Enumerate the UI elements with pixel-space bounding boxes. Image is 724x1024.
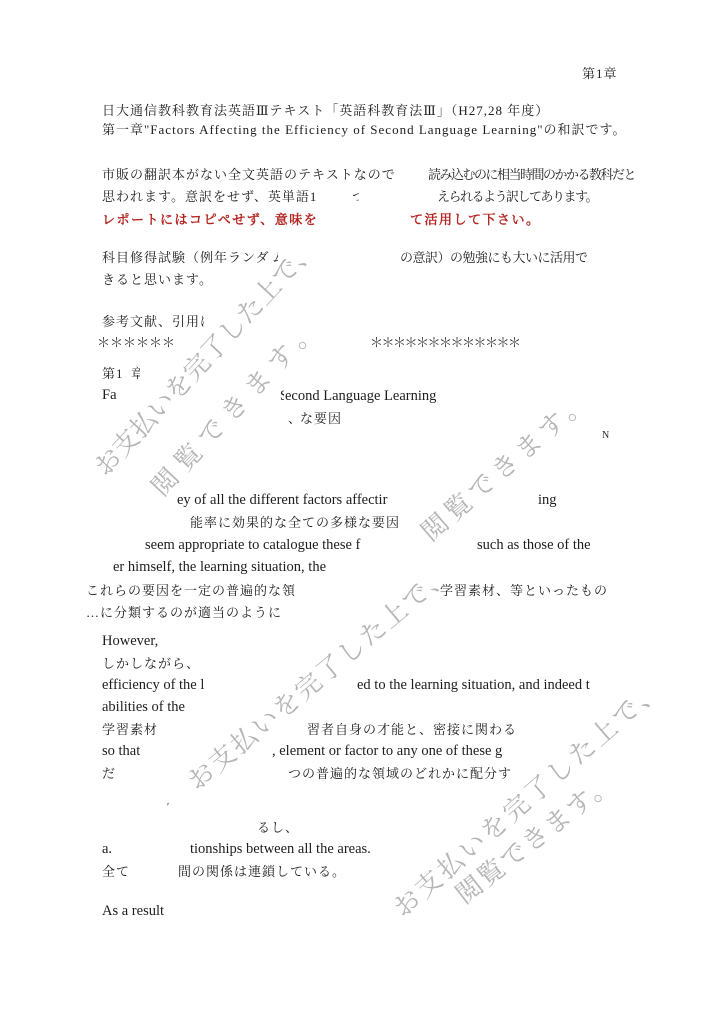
chapter1-heading: 第1 bbox=[102, 366, 124, 382]
body1-line3-right: such as those of the bbox=[477, 538, 591, 554]
body2-line6-left: so that bbox=[102, 744, 140, 760]
asterisk-row-right: ＊＊＊＊＊＊＊＊＊＊＊＊＊ bbox=[370, 332, 520, 351]
watermark-middle-line2: 閲覧できます。 bbox=[412, 380, 598, 549]
body2-line4: abilities of the bbox=[102, 700, 185, 716]
body1-line1-right: ing bbox=[538, 493, 557, 509]
watermark-bottomright-line1: お支払いを完了した上で、 bbox=[384, 669, 671, 925]
chapter1-title-partial: S bbox=[280, 389, 284, 405]
body1-line1-left: ey of all the different factors affectir bbox=[177, 493, 387, 509]
body1-line5-left: これらの要因を一定の普遍的な領 bbox=[86, 583, 296, 599]
para2-line2: きると思います。 bbox=[102, 272, 213, 288]
body2-line1: However, bbox=[102, 634, 158, 650]
para1-line1-left: 市販の翻訳本がない全文英語のテキストなので bbox=[102, 167, 396, 183]
body3-line2-left: a. bbox=[102, 842, 112, 858]
chapter1-title-left: Fa bbox=[102, 388, 117, 404]
doc-title-line1: 日大通信教科教育法英語Ⅲテキスト「英語科教育法Ⅲ」（H27,28 年度） bbox=[102, 103, 549, 119]
body2-line2: しかしながら、 bbox=[102, 656, 200, 672]
red-note-left: レポートにはコピペせず、意味を bbox=[102, 212, 318, 228]
red-note-right: て活用して下さい。 bbox=[410, 212, 541, 228]
body1-line4: er himself, the learning situation, the bbox=[113, 560, 326, 576]
body2-line3-right: ed to the learning situation, and indeed… bbox=[357, 678, 590, 694]
para1-line2-partial: つ bbox=[352, 189, 359, 205]
body2-line7-left: だ bbox=[102, 766, 116, 782]
body3-line3-left: 全て bbox=[102, 864, 130, 880]
para1-line2-right: えられるよう訳してあります。 bbox=[437, 189, 597, 205]
document-page: お支払いを完了した上で、閲覧できます。お支払いを完了した上で、閲覧できます。お支… bbox=[0, 0, 724, 1024]
para1-line2-left: 思われます。意訳をせず、英単語1 bbox=[102, 189, 317, 205]
body4-line1: As a result bbox=[102, 904, 164, 920]
references-partial: は bbox=[200, 314, 205, 330]
body3-line2-right: tionships between all the areas. bbox=[190, 842, 371, 858]
stray-mark-fragment: ʹ bbox=[167, 802, 169, 813]
chapter1-heading-partial: 章 bbox=[131, 366, 140, 382]
body1-line6: …に分類するのが適当のように bbox=[86, 605, 282, 621]
body3-line1: るし、 bbox=[257, 820, 299, 836]
para1-line1-right: 読み込むのに相当時間のかかる教科だと bbox=[428, 167, 635, 183]
body2-line5-left: 学習素材 bbox=[102, 722, 158, 738]
doc-title-line2: 第一章"Factors Affecting the Efficiency of … bbox=[102, 122, 627, 138]
asterisk-row-left: ＊＊＊＊＊＊ bbox=[97, 332, 175, 351]
body2-line7-right: つの普遍的な領域のどれかに配分す bbox=[288, 766, 512, 782]
chapter1-jp-right: な要因 bbox=[300, 411, 342, 427]
body2-line6-right: , element or factor to any one of these … bbox=[272, 744, 502, 760]
body1-line5-right: 学習素材、等といったもの bbox=[440, 583, 608, 599]
para2-line1-right: の意訳）の勉強にも大いに活用で bbox=[400, 250, 588, 266]
body2-line3-left: efficiency of the l bbox=[102, 678, 204, 694]
body3-line3-right: 間の関係は連鎖している。 bbox=[178, 864, 346, 880]
body1-line2: 能率に効果的な全ての多様な要因 bbox=[190, 515, 400, 531]
body2-line5-right: 習者自身の才能と、密接に関わる bbox=[307, 722, 517, 738]
para2-line1-left: 科目修得試験（例年ランダ bbox=[102, 250, 269, 266]
page-header-chapter: 第1章 bbox=[582, 66, 618, 82]
para2-line1-partial: ム bbox=[272, 250, 278, 266]
references-line: 参考文献、引用 bbox=[102, 314, 200, 330]
chapter1-title-right: econd Language Learning bbox=[285, 389, 436, 405]
stray-letter-fragment: N bbox=[602, 430, 609, 441]
body1-line3-left: seem appropriate to catalogue these f bbox=[145, 538, 360, 554]
